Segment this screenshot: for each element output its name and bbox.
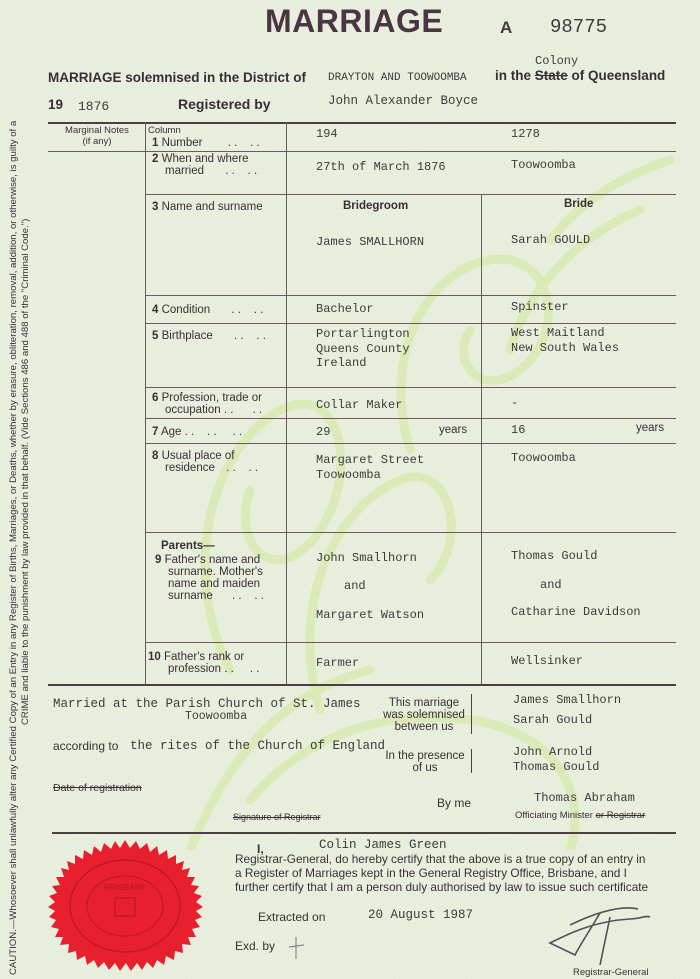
groom-father: John Smallhorn — [316, 551, 417, 566]
year-value: 1876 — [78, 99, 109, 114]
groom-condition: Bachelor — [316, 302, 374, 317]
groom-father-rank: Farmer — [316, 656, 359, 671]
column-rule-2 — [286, 122, 287, 685]
bride-condition: Spinster — [511, 300, 569, 315]
presence-label: In the presence of us — [380, 750, 470, 774]
bridegroom-header: Bridegroom — [343, 200, 408, 212]
column-rule-1 — [145, 122, 146, 685]
row-rule — [145, 642, 676, 643]
row-4-label: 4 Condition . . . . — [152, 304, 263, 316]
row-10-label: 10 Father's rank or profession . . . . — [148, 651, 259, 675]
groom-mother: Margaret Watson — [316, 608, 424, 623]
row-rule — [145, 418, 676, 419]
row-rule — [145, 323, 676, 324]
according-label: according to — [53, 740, 118, 752]
parents-heading: Parents— — [161, 540, 215, 552]
marriage-place: Toowoomba — [511, 158, 576, 173]
row-rule — [145, 194, 676, 195]
party-1: James Smallhorn — [513, 693, 621, 708]
column-label: Column — [148, 125, 181, 137]
state-label-pre: in the — [495, 68, 531, 83]
district-value: DRAYTON AND TOOWOOMBA — [328, 72, 467, 84]
according-value: the rites of the Church of England — [130, 739, 385, 753]
witness-2: Thomas Gould — [513, 760, 599, 775]
registrar-signature — [540, 895, 660, 970]
svg-text:BRISBANE: BRISBANE — [104, 883, 146, 892]
row-1-label: 1 Number . . . . — [152, 137, 260, 149]
bride-residence: Toowoomba — [511, 451, 576, 466]
registered-by-label: Registered by — [178, 96, 271, 112]
married-at-place: Toowoomba — [185, 710, 247, 723]
groom-name: James SMALLHORN — [316, 235, 424, 250]
minister-name: Thomas Abraham — [534, 791, 635, 806]
registrar-signature-struck: Signature of Registrar — [233, 811, 321, 823]
certification-rule — [52, 832, 676, 834]
witness-1: John Arnold — [513, 745, 592, 760]
table-top-rule — [48, 122, 676, 124]
registry-seal-icon: BRISBANE — [40, 838, 210, 976]
initials-mark — [286, 935, 306, 961]
bride-father: Thomas Gould — [511, 549, 597, 564]
table-bottom-rule — [48, 684, 676, 686]
state-label: in the State of Queensland — [495, 68, 665, 83]
bride-name: Sarah GOULD — [511, 233, 590, 248]
by-me-label: By me — [437, 797, 471, 809]
registrar-general-title: Registrar-General — [573, 967, 649, 979]
party-2: Sarah Gould — [513, 713, 592, 728]
row-rule — [145, 532, 676, 533]
state-label-post: of Queensland — [572, 68, 666, 83]
row-2-label: 2 When and wheremarried . . . . — [152, 153, 257, 177]
bride-age: 16 — [511, 423, 525, 438]
bride-mother: Catharine Davidson — [511, 605, 641, 620]
bride-number: 1278 — [511, 127, 540, 142]
row-5-label: 5 Birthplace . . . . — [152, 330, 266, 342]
state-over-text: Colony — [535, 54, 578, 68]
groom-birthplace: Portarlington Queens County Ireland — [316, 327, 410, 371]
state-label-struck: State — [535, 68, 568, 83]
row-rule — [48, 151, 676, 152]
minister-title: Officiating Minister or Registrar — [515, 810, 645, 822]
row-7-label: 7 Age . . . . . . — [152, 426, 242, 438]
district-label: MARRIAGE solemnised in the District of — [48, 70, 306, 85]
brace-presence — [471, 749, 476, 773]
bride-parents-and: and — [540, 578, 562, 593]
exd-by-label: Exd. by — [235, 940, 275, 952]
certification-text: Registrar-General, do hereby certify tha… — [235, 852, 685, 894]
bride-age-unit: years — [636, 422, 664, 434]
column-rule-3 — [481, 194, 482, 685]
extracted-label: Extracted on — [258, 911, 325, 923]
date-of-registration-struck: Date of registration — [53, 782, 142, 794]
marriage-date: 27th of March 1876 — [316, 160, 446, 175]
groom-number: 194 — [316, 127, 338, 142]
groom-parents-and: and — [344, 579, 366, 594]
row-rule — [145, 387, 676, 388]
bride-profession: - — [511, 396, 518, 411]
year-prefix: 19 — [48, 97, 63, 112]
row-6-label: 6 Profession, trade oroccupation . . . . — [152, 392, 262, 416]
caution-notice: CAUTION.—Whosoever shall unlawfully alte… — [8, 5, 32, 975]
bride-father-rank: Wellsinker — [511, 654, 583, 669]
groom-age: 29 — [316, 425, 330, 440]
bride-header: Bride — [564, 198, 593, 210]
serial-prefix: A — [500, 18, 512, 38]
marginal-notes-header: Marginal Notes (if any) — [50, 125, 144, 147]
caution-line-2: CRIME and liable to the punishment by la… — [20, 5, 32, 975]
registered-by-value: John Alexander Boyce — [328, 94, 478, 108]
bride-birthplace: West Maitland New South Wales — [511, 326, 619, 355]
extracted-date: 20 August 1987 — [368, 908, 473, 922]
groom-residence: Margaret Street Toowoomba — [316, 453, 424, 482]
groom-profession: Collar Maker — [316, 398, 402, 413]
row-rule — [145, 443, 676, 444]
serial-number: 98775 — [550, 16, 607, 38]
document-title: MARRIAGE — [265, 3, 443, 40]
row-3-label: 3 Name and surname — [152, 201, 263, 213]
row-rule — [145, 295, 676, 296]
groom-age-unit: years — [439, 424, 467, 436]
registrar-general-name: Colin James Green — [319, 838, 447, 852]
married-at: Married at the Parish Church of St. Jame… — [53, 697, 361, 711]
row-9-label: 9 Father's name and surname. Mother's na… — [155, 554, 264, 602]
solemnised-label: This marriage was solemnised between us — [380, 697, 468, 733]
row-8-label: 8 Usual place ofresidence . . . . — [152, 450, 258, 474]
brace-solemnised — [471, 694, 476, 734]
caution-line-1: CAUTION.—Whosoever shall unlawfully alte… — [8, 5, 20, 975]
